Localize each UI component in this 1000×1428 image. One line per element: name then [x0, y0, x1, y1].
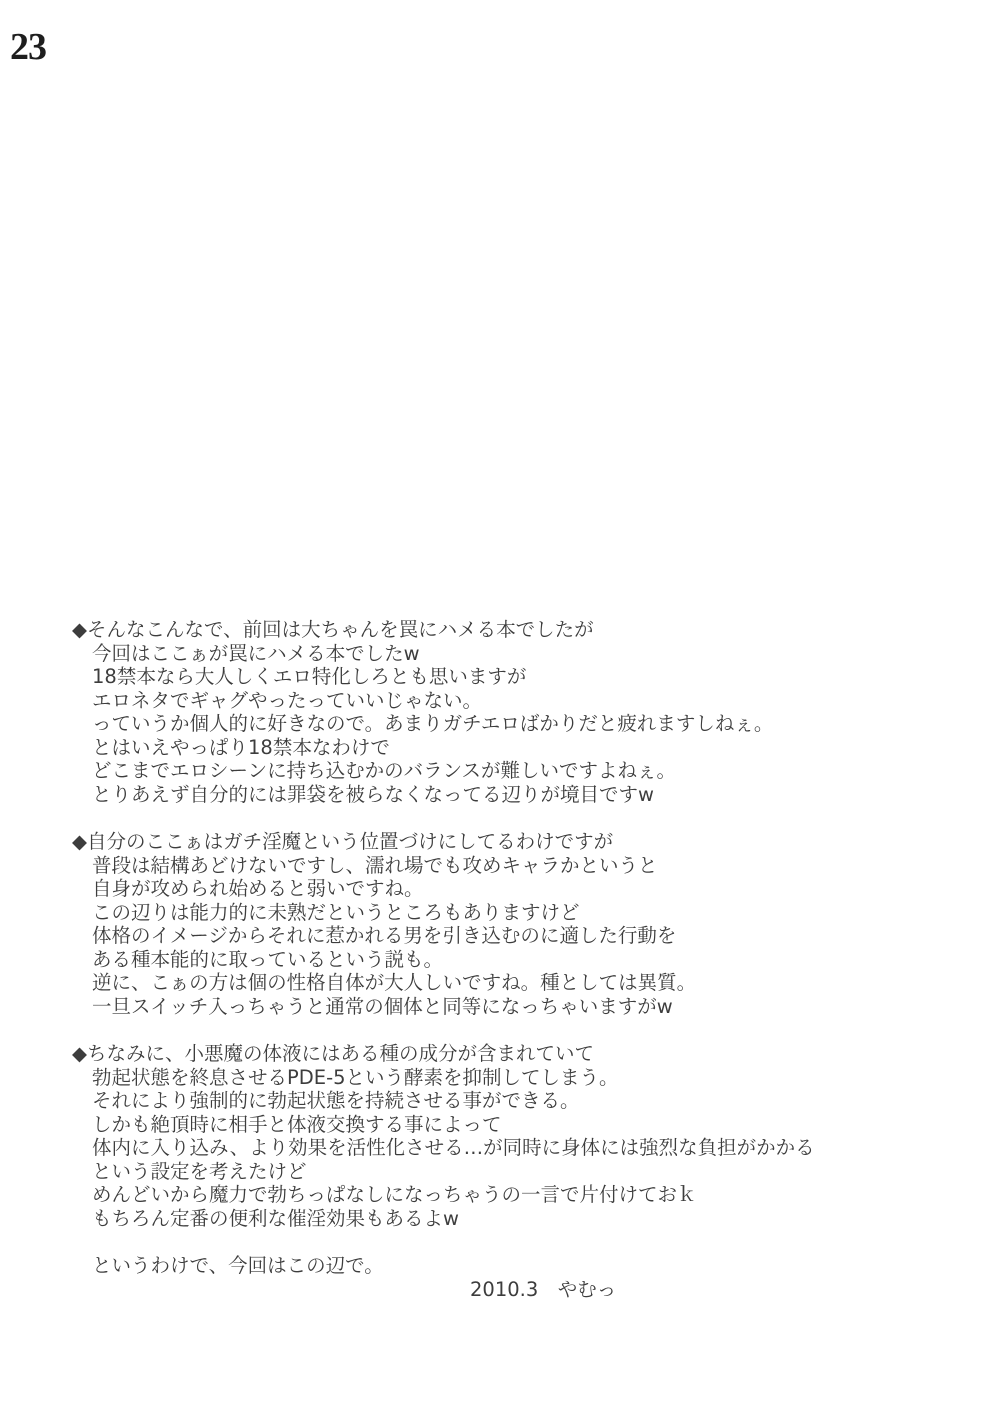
- text-line: しかも絶頂時に相手と体液交換する事によって: [92, 1113, 972, 1137]
- text-line: ◆自分のここぁはガチ淫魔という位置づけにしてるわけですが: [92, 830, 972, 854]
- text-line: 体内に入り込み、より効果を活性化させる…が同時に身体には強烈な負担がかかる: [92, 1136, 972, 1160]
- text-line: 今回はここぁが罠にハメる本でしたw: [92, 642, 972, 666]
- text-line: この辺りは能力的に未熟だというところもありますけど: [92, 901, 972, 925]
- text-line: ◆そんなこんなで、前回は大ちゃんを罠にハメる本でしたが: [92, 618, 972, 642]
- text-line: という設定を考えたけど: [92, 1160, 972, 1184]
- text-line: 逆に、こぁの方は個の性格自体が大人しいですね。種としては異質。: [92, 971, 972, 995]
- afterword-text: ◆そんなこんなで、前回は大ちゃんを罠にハメる本でしたが 今回はここぁが罠にハメる…: [72, 618, 972, 1301]
- paragraph-2: ◆自分のここぁはガチ淫魔という位置づけにしてるわけですが 普段は結構あどけないで…: [92, 830, 972, 1018]
- signature-line: 2010.3 やむっ: [470, 1278, 972, 1302]
- text-line: ◆ちなみに、小悪魔の体液にはある種の成分が含まれていて: [92, 1042, 972, 1066]
- document-page: 23 ◆そんなこんなで、前回は大ちゃんを罠にハメる本でしたが 今回はここぁが罠に…: [0, 0, 1000, 1428]
- page-number: 23: [10, 28, 46, 66]
- text-line: 普段は結構あどけないですし、濡れ場でも攻めキャラかというと: [92, 854, 972, 878]
- text-line: エロネタでギャグやったっていいじゃない。: [92, 689, 972, 713]
- text-line: 体格のイメージからそれに惹かれる男を引き込むのに適した行動を: [92, 924, 972, 948]
- text-line: それにより強制的に勃起状態を持続させる事ができる。: [92, 1089, 972, 1113]
- text-line: っていうか個人的に好きなので。あまりガチエロばかりだと疲れますしねぇ。: [92, 712, 972, 736]
- text-line: ある種本能的に取っているという説も。: [92, 948, 972, 972]
- paragraph-1: ◆そんなこんなで、前回は大ちゃんを罠にハメる本でしたが 今回はここぁが罠にハメる…: [92, 618, 972, 806]
- paragraph-closing: というわけで、今回はこの辺で。: [92, 1254, 972, 1278]
- text-line: とはいえやっぱり18禁本なわけで: [92, 736, 972, 760]
- text-line: とりあえず自分的には罪袋を被らなくなってる辺りが境目ですw: [92, 783, 972, 807]
- text-line: というわけで、今回はこの辺で。: [92, 1254, 972, 1278]
- paragraph-3: ◆ちなみに、小悪魔の体液にはある種の成分が含まれていて 勃起状態を終息させるPD…: [92, 1042, 972, 1230]
- text-line: もちろん定番の便利な催淫効果もあるよw: [92, 1207, 972, 1231]
- text-line: めんどいから魔力で勃ちっぱなしになっちゃうの一言で片付けておｋ: [92, 1183, 972, 1207]
- text-line: 勃起状態を終息させるPDE-5という酵素を抑制してしまう。: [92, 1066, 972, 1090]
- text-line: 一旦スイッチ入っちゃうと通常の個体と同等になっちゃいますがw: [92, 995, 972, 1019]
- text-line: どこまでエロシーンに持ち込むかのバランスが難しいですよねぇ。: [92, 759, 972, 783]
- text-line: 自身が攻められ始めると弱いですね。: [92, 877, 972, 901]
- text-line: 18禁本なら大人しくエロ特化しろとも思いますが: [92, 665, 972, 689]
